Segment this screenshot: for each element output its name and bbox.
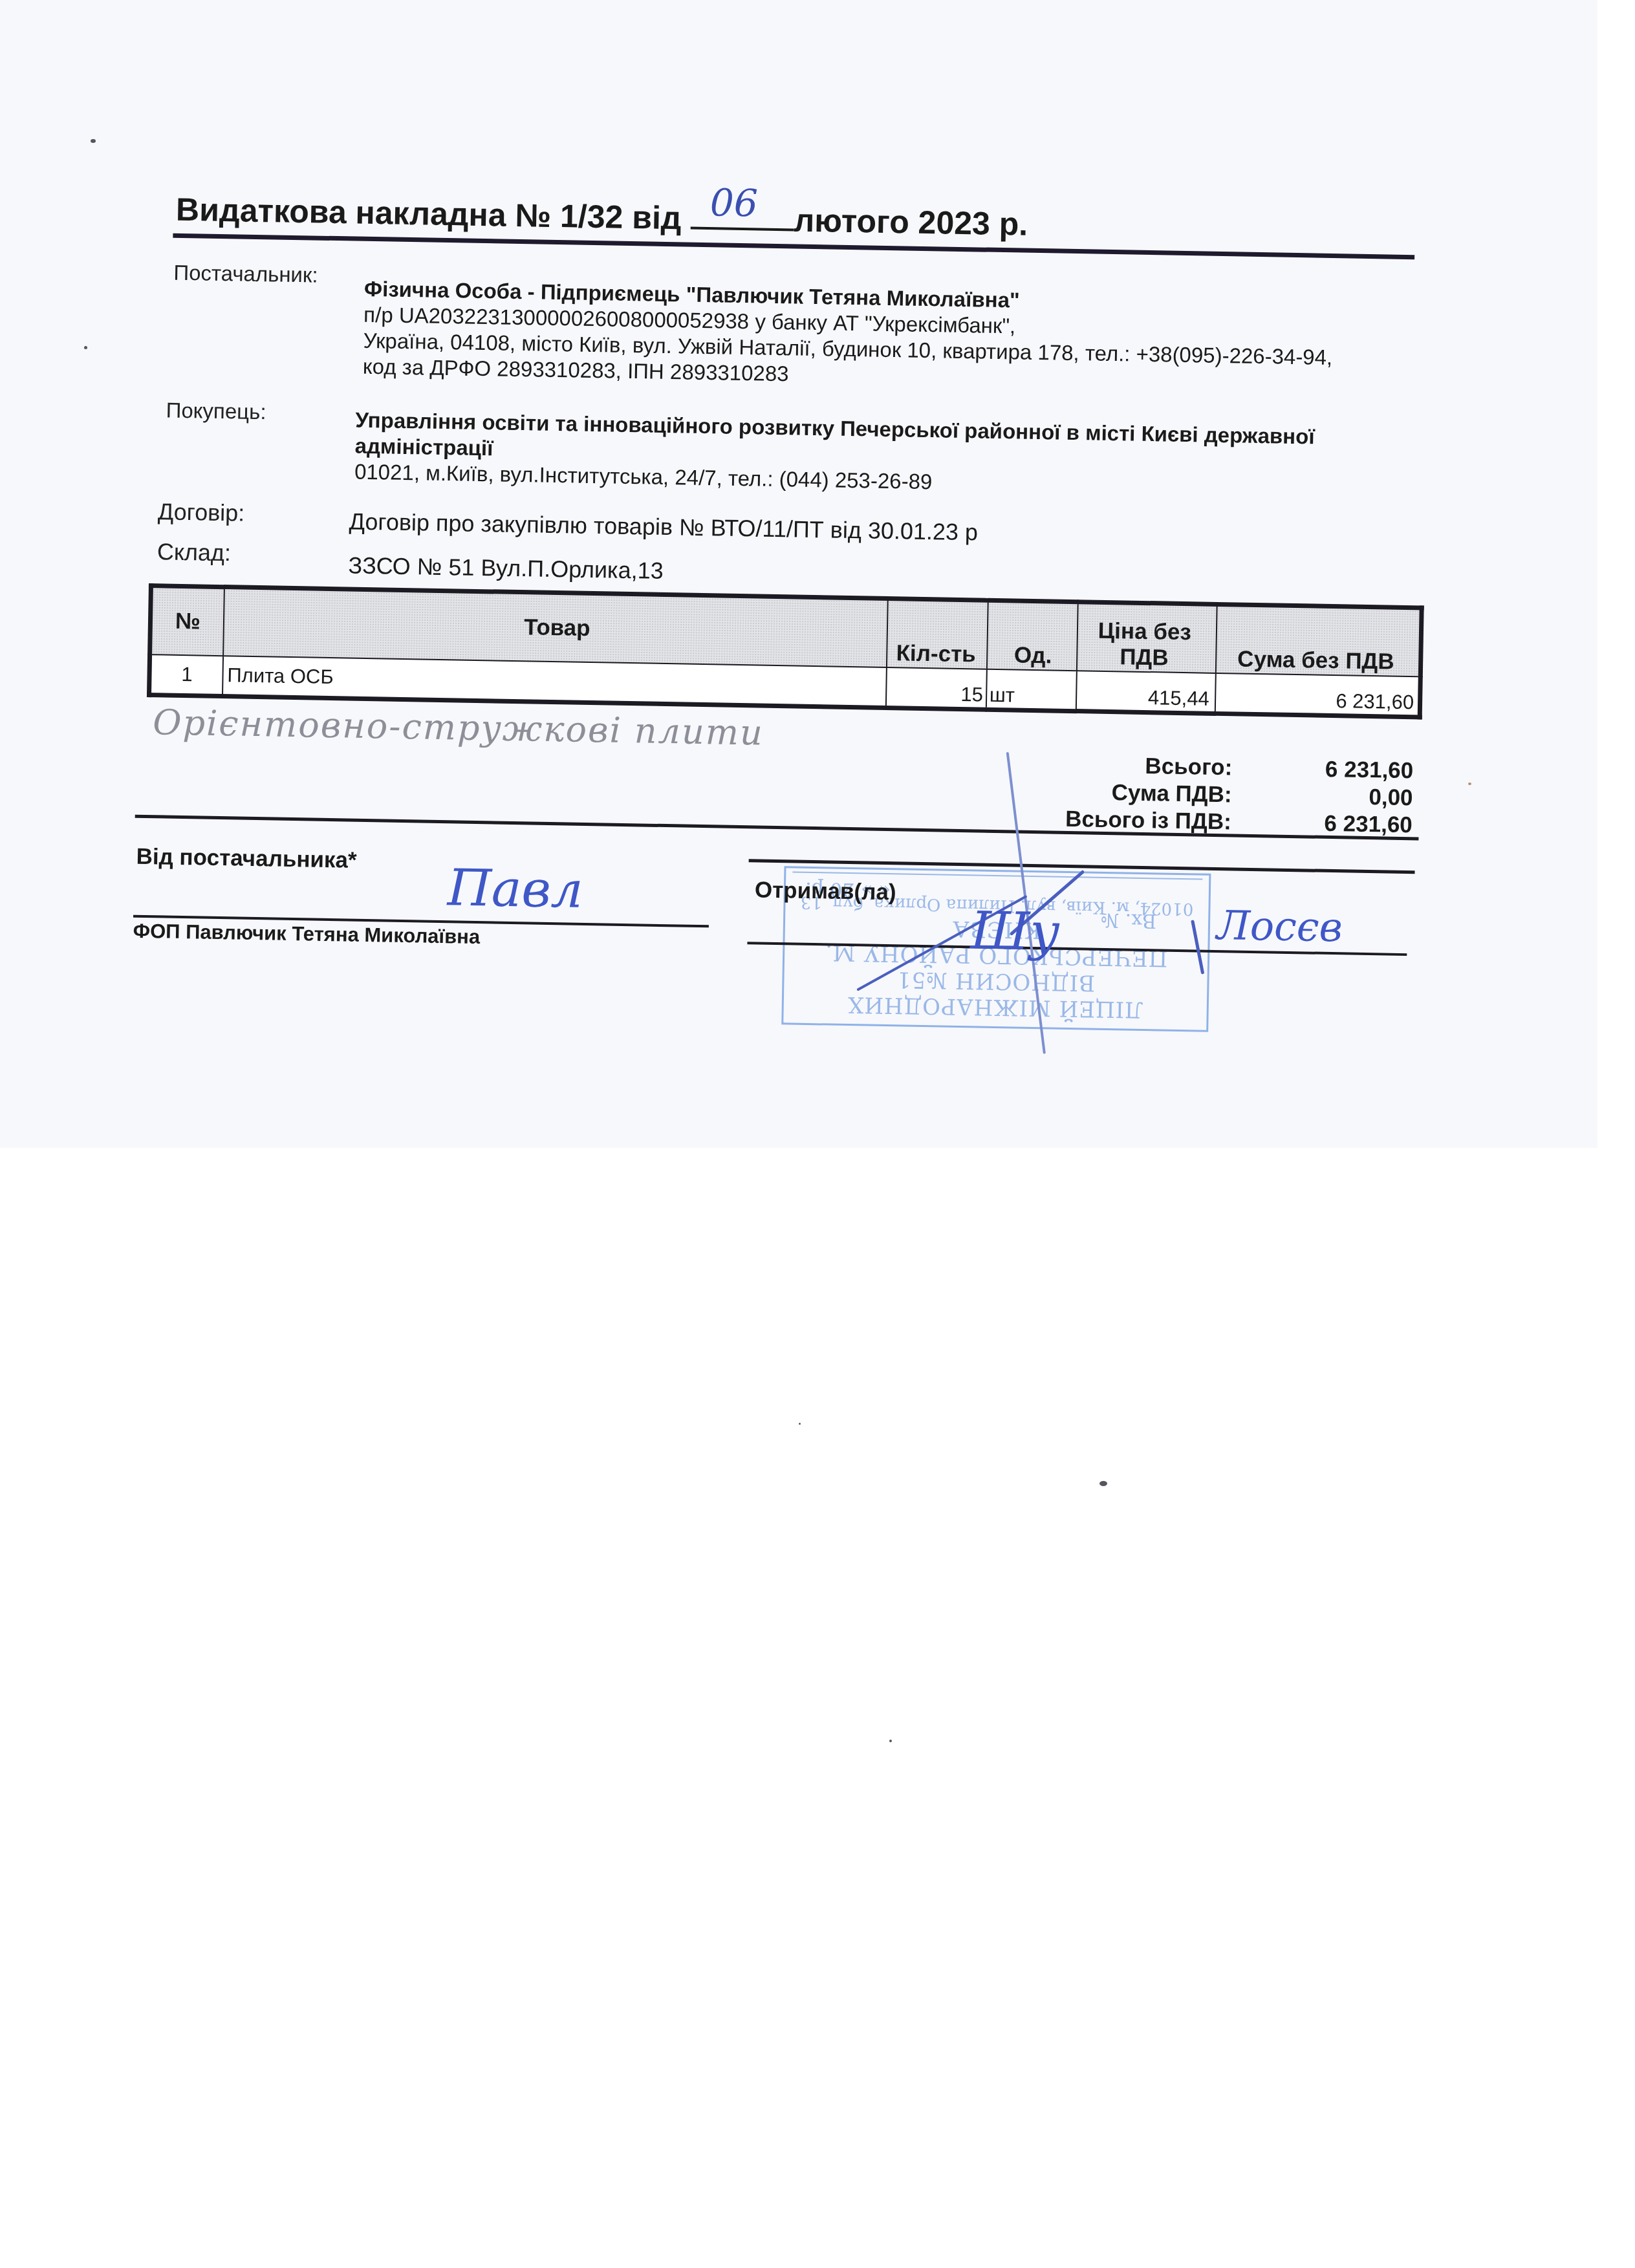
cell-sum: 6 231,60 — [1215, 673, 1420, 717]
date-day-field: 06 — [690, 197, 794, 232]
scan-speck — [889, 1740, 892, 1742]
buyer-name-line1: Управління освіти та інноваційного розви… — [355, 408, 1315, 449]
receiver-signature: Лосєв — [1216, 902, 1343, 951]
stamp-incoming-no: Вх. № — [1100, 909, 1156, 933]
received-label: Отримав(ла) — [755, 878, 896, 906]
scan-speck — [91, 139, 96, 143]
header-qty: Кіл-сть — [887, 599, 988, 669]
vat-label: Сума ПДВ: — [960, 777, 1232, 808]
buyer-name-line2: адміністрації — [354, 434, 493, 461]
contract-value: Договір про закупівлю товарів № ВТО/11/П… — [349, 508, 978, 546]
contract-label: Договір: — [158, 498, 245, 526]
buyer-label: Покупець: — [166, 398, 266, 425]
handwritten-note: Орієнтовно-стружкові плити — [153, 702, 764, 753]
total-label: Всього: — [960, 750, 1233, 781]
scan-speck — [84, 346, 87, 349]
warehouse-value: ЗЗСО № 51 Вул.П.Орлика,13 — [348, 552, 664, 584]
scan-speck — [1099, 1481, 1107, 1486]
receiver-scribble: Шу — [970, 900, 1060, 962]
cell-price: 415,44 — [1076, 671, 1216, 713]
supplier-signature: Павл — [447, 859, 583, 920]
header-unit: Од. — [987, 600, 1078, 671]
scan-speck — [1468, 783, 1471, 785]
header-price: Ціна без ПДВ — [1077, 602, 1217, 673]
cell-qty: 15 — [886, 667, 987, 709]
supplier-name-signature: ФОП Павлючик Тетяна Миколаївна — [133, 920, 480, 949]
items-table: № Товар Кіл-сть Од. Ціна без ПДВ Сума бе… — [147, 583, 1424, 719]
invoice-page: Видаткова накладна № 1/32 від 06 лютого … — [0, 0, 1635, 996]
total-value: 6 231,60 — [1219, 755, 1414, 784]
header-product: Товар — [223, 587, 888, 667]
buyer-address: 01021, м.Київ, вул.Інститутська, 24/7, т… — [354, 460, 933, 495]
handwritten-day: 06 — [709, 180, 758, 225]
cell-unit: шт — [986, 669, 1077, 711]
warehouse-label: Склад: — [157, 538, 232, 567]
cell-num: 1 — [149, 654, 223, 696]
header-sum: Сума без ПДВ — [1215, 604, 1422, 676]
title-prefix: Видаткова накладна № 1/32 від — [176, 191, 682, 237]
from-supplier-label: Від постачальника* — [136, 844, 357, 874]
supplier-label: Постачальник: — [173, 261, 318, 288]
scan-speck — [799, 1423, 801, 1425]
header-num: № — [150, 586, 224, 656]
invoice-title: Видаткова накладна № 1/32 від 06 лютого … — [176, 188, 1028, 243]
title-suffix: лютого 2023 р. — [794, 202, 1028, 242]
vat-value: 0,00 — [1218, 782, 1413, 811]
stamp-line1: ЛІЦЕЙ МІЖНАРОДНИХ ВІДНОСИН №51 — [796, 965, 1194, 1024]
